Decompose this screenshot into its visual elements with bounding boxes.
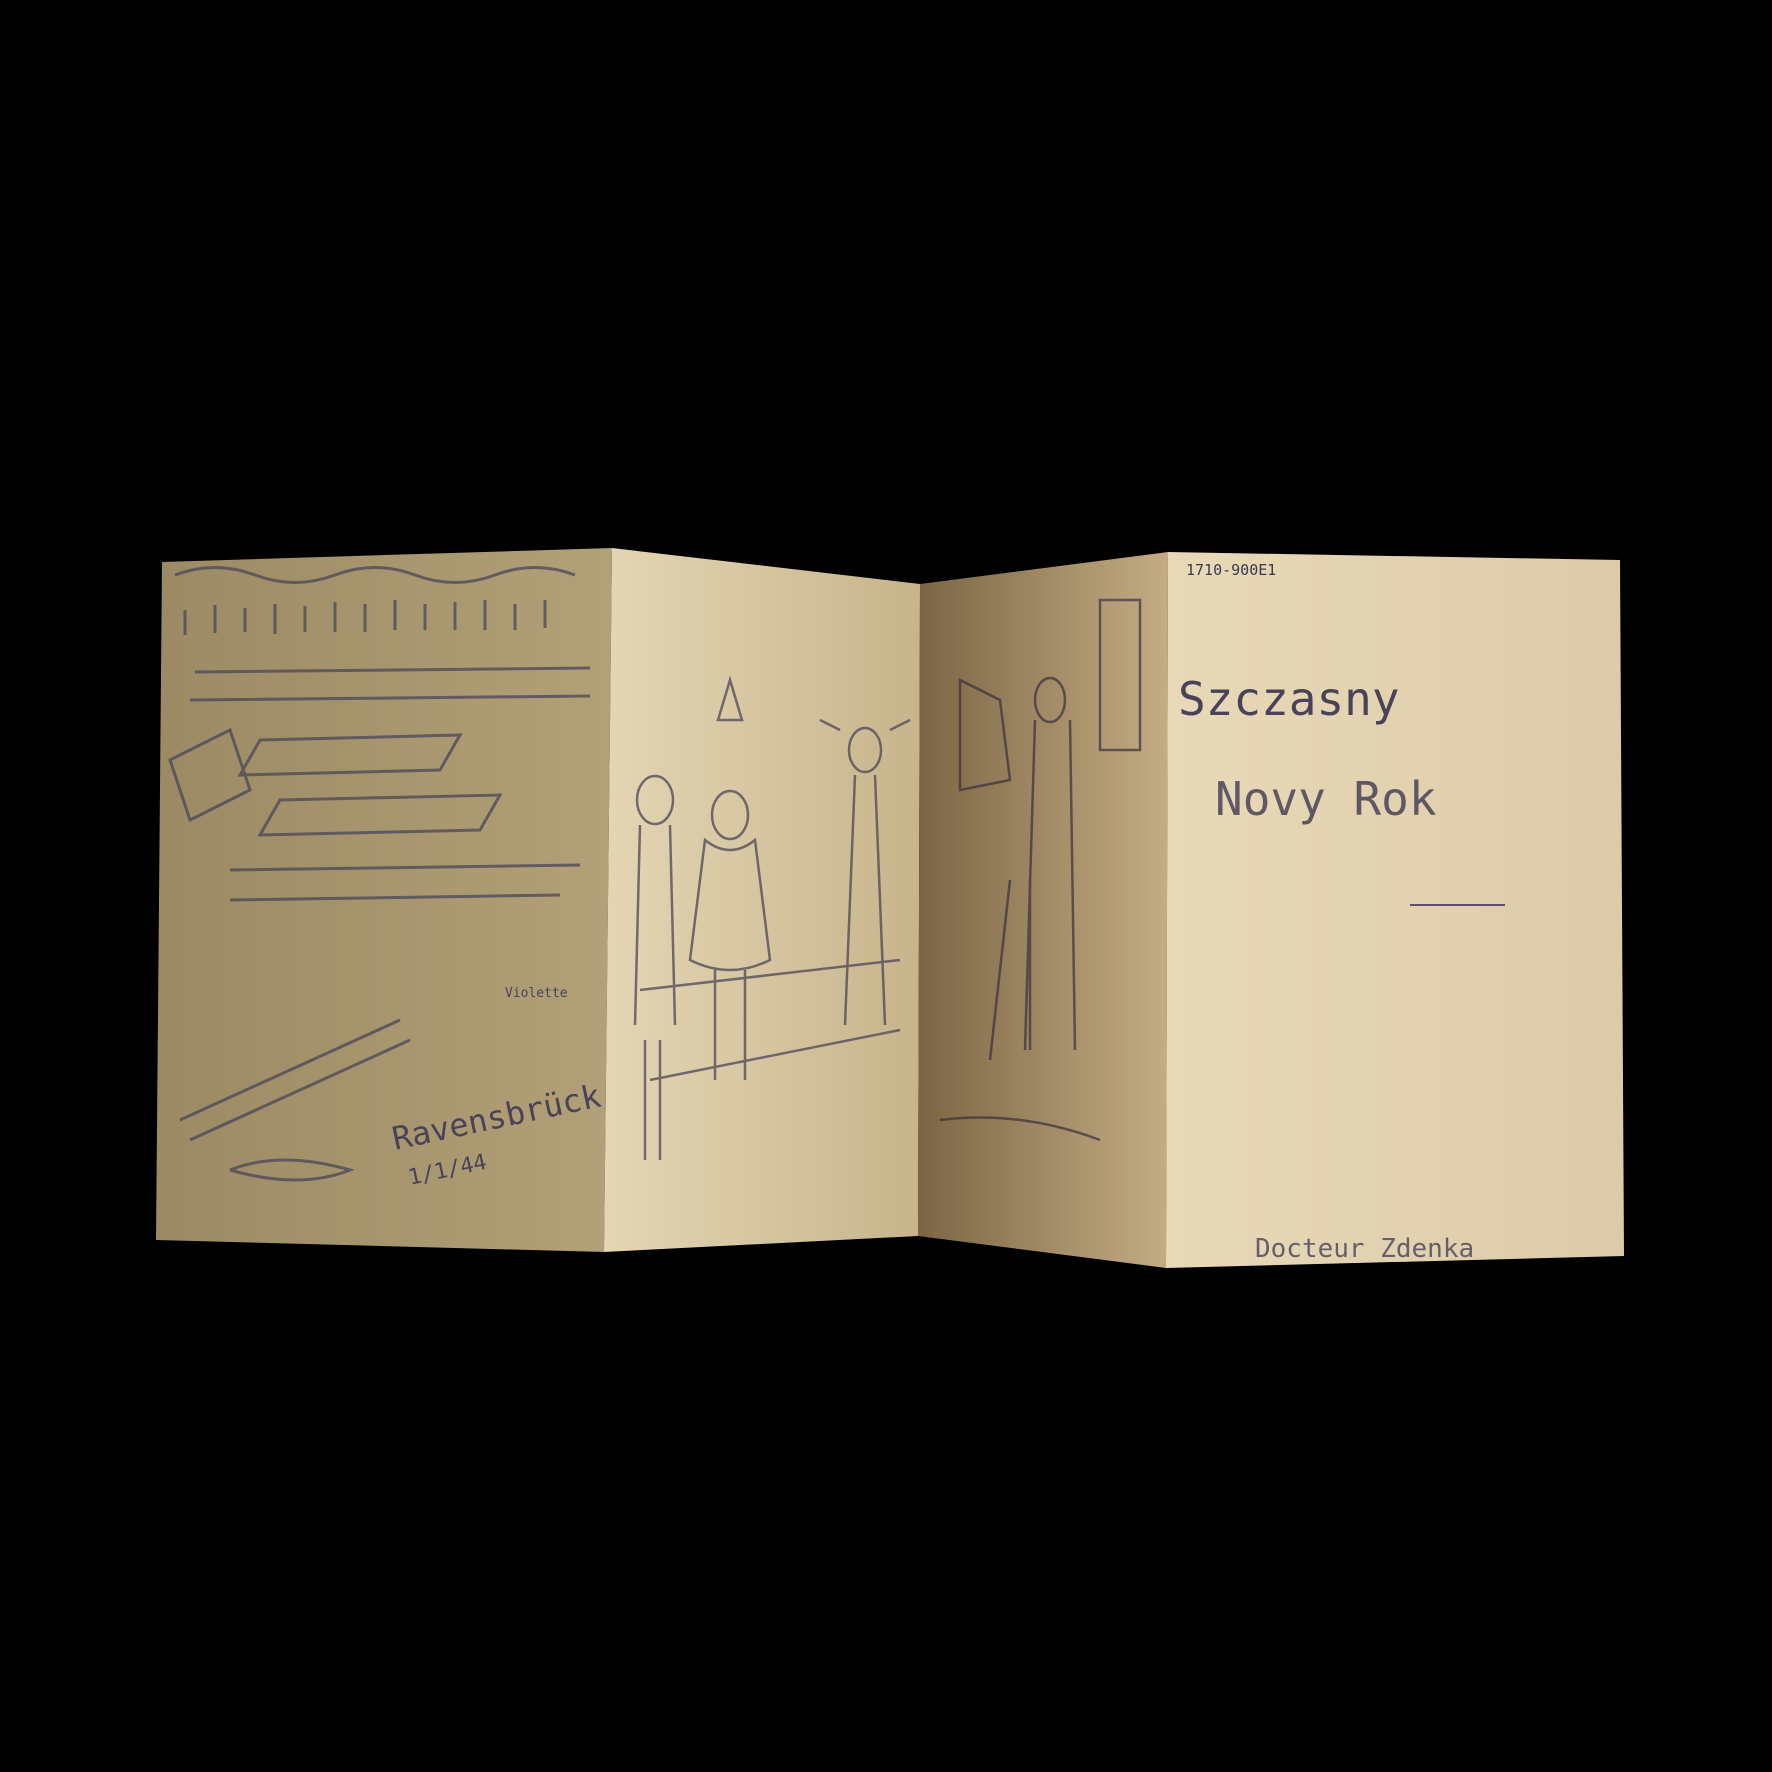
doctor-signature: Docteur Zdenka [1255,1234,1474,1264]
photo-scene: Ravensbrück 1/1/44 Violette [0,0,1772,1772]
panel-1: Ravensbrück 1/1/44 Violette [156,548,612,1252]
panel-4: 1710-900E1 Szczasny Novy Rok Docteur Zde… [1166,552,1624,1268]
panel-3 [918,552,1168,1268]
panel-2 [604,548,920,1252]
greeting-line-1: Szczasny [1178,672,1400,726]
folded-card: Ravensbrück 1/1/44 Violette [0,0,1772,1772]
artist-signature: Violette [505,986,568,1001]
greeting-line-2: Novy Rok [1215,772,1437,826]
catalog-number: 1710-900E1 [1186,561,1276,579]
